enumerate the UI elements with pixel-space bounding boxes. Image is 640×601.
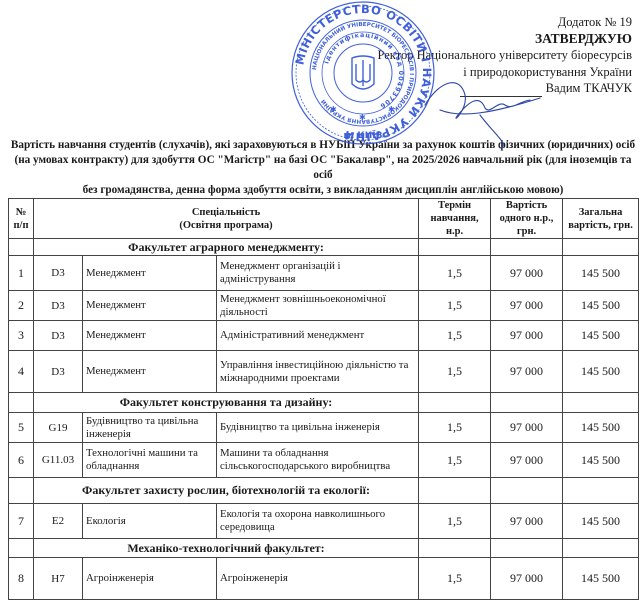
specialty-name: Технологічні машини та обладнання: [83, 443, 217, 478]
faculty-row: Факультет конструювання та дизайну:: [9, 393, 639, 413]
cost-per-year: 97 000: [491, 256, 563, 291]
study-term: 1,5: [419, 256, 491, 291]
rector-name: Вадим ТКАЧУК: [546, 81, 632, 95]
faculty-name: Факультет аграрного менеджменту:: [34, 239, 419, 256]
study-term: 1,5: [419, 504, 491, 539]
table-header-row: № п/п Спеціальність (Освітня програма) Т…: [9, 199, 639, 239]
table-row: 2D3МенеджментМенеджмент зовнішньоекономі…: [9, 291, 639, 321]
title-line-1: Вартість навчання студентів (слухачів), …: [10, 138, 636, 153]
cost-per-year: 97 000: [491, 443, 563, 478]
faculty-num-empty: [9, 478, 34, 504]
row-number: 3: [9, 321, 34, 351]
specialty-code: G11.03: [34, 443, 83, 478]
row-number: 6: [9, 443, 34, 478]
faculty-row: Факультет захисту рослин, біотехнологій …: [9, 478, 639, 504]
faculty-name: Механіко-технологічний факультет:: [34, 539, 419, 558]
faculty-term-empty: [419, 239, 491, 256]
cost-per-year: 97 000: [491, 558, 563, 600]
total-cost: 145 500: [563, 504, 639, 539]
header-total: Загальна вартість, грн.: [563, 199, 639, 239]
row-number: 4: [9, 351, 34, 393]
faculty-row: Механіко-технологічний факультет:: [9, 539, 639, 558]
rector-signature-line: Вадим ТКАЧУК: [377, 80, 632, 97]
rector-position-line1: Ректор Національного університету біорес…: [377, 47, 632, 64]
table-row: 8H7АгроінженеріяАгроінженерія1,597 00014…: [9, 558, 639, 600]
faculty-name: Факультет конструювання та дизайну:: [34, 393, 419, 413]
header-specialty-title: Спеціальність: [37, 206, 415, 219]
approval-block: Додаток № 19 ЗАТВЕРДЖУЮ Ректор Національ…: [377, 14, 632, 97]
specialty-code: D3: [34, 321, 83, 351]
education-program: Адміністративний менеджмент: [217, 321, 419, 351]
trident-icon: [352, 56, 374, 89]
row-number: 8: [9, 558, 34, 600]
faculty-total-empty: [563, 393, 639, 413]
faculty-cost-empty: [491, 393, 563, 413]
specialty-code: D3: [34, 291, 83, 321]
total-cost: 145 500: [563, 443, 639, 478]
row-number: 5: [9, 413, 34, 443]
table-body: Факультет аграрного менеджменту:1D3Менед…: [9, 239, 639, 600]
education-program: Менеджмент організацій і адміністрування: [217, 256, 419, 291]
document-title: Вартість навчання студентів (слухачів), …: [10, 138, 636, 198]
rector-position-line2: і природокористування України: [377, 64, 632, 81]
svg-text:✱: ✱: [388, 105, 395, 114]
total-cost: 145 500: [563, 558, 639, 600]
header-num: № п/п: [9, 199, 34, 239]
total-cost: 145 500: [563, 321, 639, 351]
specialty-name: Менеджмент: [83, 291, 217, 321]
svg-text:✱: ✱: [359, 113, 366, 122]
study-term: 1,5: [419, 291, 491, 321]
specialty-name: Агроінженерія: [83, 558, 217, 600]
education-program: Менеджмент зовнішньоекономічної діяльнос…: [217, 291, 419, 321]
faculty-num-empty: [9, 393, 34, 413]
education-program: Екологія та охорона навколишнього середо…: [217, 504, 419, 539]
cost-per-year: 97 000: [491, 351, 563, 393]
faculty-total-empty: [563, 539, 639, 558]
cost-per-year: 97 000: [491, 291, 563, 321]
table-row: 4D3МенеджментУправління інвестиційною ді…: [9, 351, 639, 393]
faculty-cost-empty: [491, 478, 563, 504]
table-row: 1D3МенеджментМенеджмент організацій і ад…: [9, 256, 639, 291]
specialty-code: E2: [34, 504, 83, 539]
study-term: 1,5: [419, 443, 491, 478]
total-cost: 145 500: [563, 413, 639, 443]
study-term: 1,5: [419, 351, 491, 393]
faculty-term-empty: [419, 539, 491, 558]
title-line-2: (на умовах контракту) для здобуття ОС "М…: [10, 153, 636, 183]
total-cost: 145 500: [563, 256, 639, 291]
header-term: Термін навчання, н.р.: [419, 199, 491, 239]
specialty-code: D3: [34, 256, 83, 291]
row-number: 2: [9, 291, 34, 321]
row-number: 1: [9, 256, 34, 291]
header-specialty-sub: (Освітня програма): [37, 219, 415, 232]
cost-per-year: 97 000: [491, 504, 563, 539]
faculty-cost-empty: [491, 539, 563, 558]
total-cost: 145 500: [563, 291, 639, 321]
faculty-row: Факультет аграрного менеджменту:: [9, 239, 639, 256]
faculty-term-empty: [419, 393, 491, 413]
table-row: 6G11.03Технологічні машини та обладнання…: [9, 443, 639, 478]
specialty-name: Менеджмент: [83, 351, 217, 393]
specialty-code: D3: [34, 351, 83, 393]
specialty-name: Менеджмент: [83, 256, 217, 291]
header-specialty: Спеціальність (Освітня програма): [34, 199, 419, 239]
specialty-name: Менеджмент: [83, 321, 217, 351]
table-row: 3D3МенеджментАдміністративний менеджмент…: [9, 321, 639, 351]
faculty-total-empty: [563, 478, 639, 504]
faculty-total-empty: [563, 239, 639, 256]
education-program: Будівництво та цивільна інженерія: [217, 413, 419, 443]
header-cost-year: Вартість одного н.р., грн.: [491, 199, 563, 239]
study-term: 1,5: [419, 321, 491, 351]
approval-heading: ЗАТВЕРДЖУЮ: [377, 31, 632, 48]
specialty-code: G19: [34, 413, 83, 443]
specialty-name: Будівництво та цивільна інженерія: [83, 413, 217, 443]
svg-text:✱: ✱: [330, 105, 337, 114]
signature-underline: [460, 96, 542, 97]
education-program: Управління інвестиційною діяльністю та м…: [217, 351, 419, 393]
faculty-term-empty: [419, 478, 491, 504]
faculty-num-empty: [9, 239, 34, 256]
tuition-cost-table: № п/п Спеціальність (Освітня програма) Т…: [8, 198, 639, 600]
row-number: 7: [9, 504, 34, 539]
cost-per-year: 97 000: [491, 321, 563, 351]
faculty-name: Факультет захисту рослин, біотехнологій …: [34, 478, 419, 504]
table-row: 5G19Будівництво та цивільна інженеріяБуд…: [9, 413, 639, 443]
education-program: Агроінженерія: [217, 558, 419, 600]
specialty-name: Екологія: [83, 504, 217, 539]
total-cost: 145 500: [563, 351, 639, 393]
specialty-code: H7: [34, 558, 83, 600]
title-line-3: без громадянства, денна форма здобуття о…: [10, 183, 636, 198]
appendix-number: Додаток № 19: [377, 14, 632, 31]
cost-per-year: 97 000: [491, 413, 563, 443]
table-row: 7E2ЕкологіяЕкологія та охорона навколишн…: [9, 504, 639, 539]
faculty-num-empty: [9, 539, 34, 558]
study-term: 1,5: [419, 558, 491, 600]
education-program: Машини та обладнання сільськогосподарськ…: [217, 443, 419, 478]
study-term: 1,5: [419, 413, 491, 443]
faculty-cost-empty: [491, 239, 563, 256]
